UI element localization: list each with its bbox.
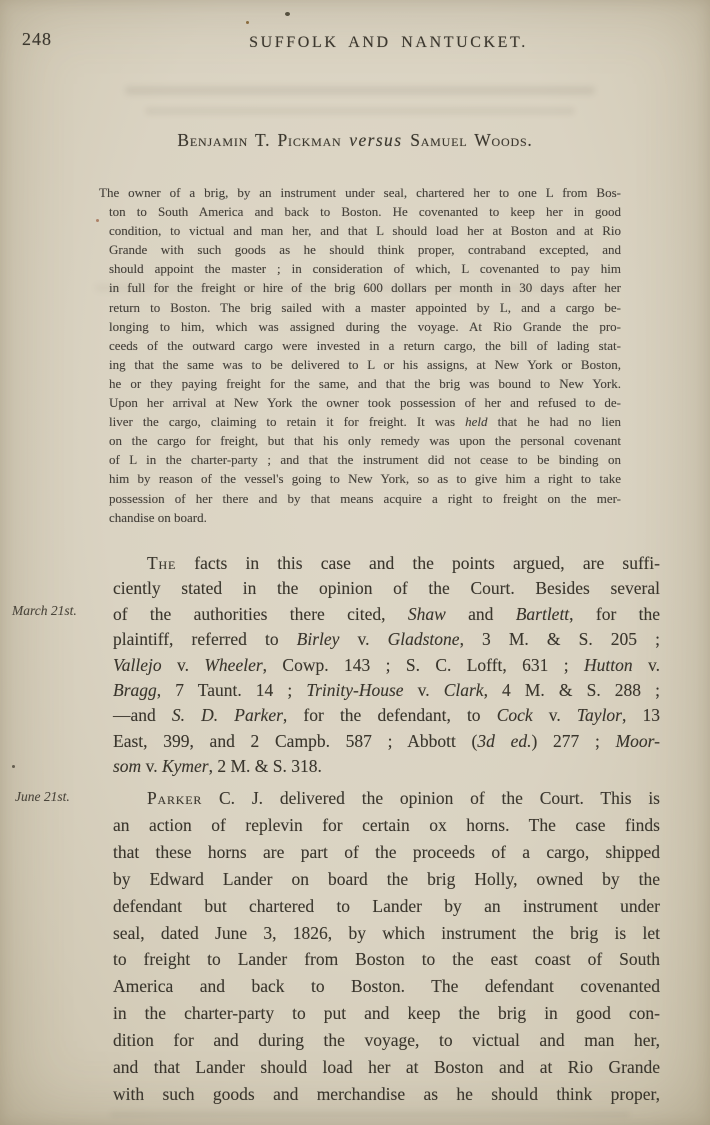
text-line: an action of replevin for certain ox hor… [113,812,660,839]
arguments-paragraph: The facts in this case and the points ar… [113,551,660,780]
text-run: by Edward Lander on board the brig Holly… [113,869,660,889]
margin-note-date: June 21st. [15,789,70,805]
text-run: , for the defendant, to [283,705,497,725]
text-run: Hutton [584,655,633,675]
text-run: in full for the freight or hire of the b… [109,280,621,295]
text-line: that these horns are part of the proceed… [113,839,660,866]
text-line: The owner of a brig, by an instrument un… [99,183,621,202]
text-run: —and [113,705,172,725]
text-line: ing that the same was to be delivered to… [109,355,621,374]
text-line: condition, to victual and man her, and t… [109,221,621,240]
text-run: v. [339,629,387,649]
text-run: Shaw [408,604,446,624]
text-line: ciently stated in the opinion of the Cou… [113,576,660,601]
text-line: he or they paying freight for the same, … [109,374,621,393]
ink-speck [246,21,249,24]
text-line: of L in the charter-party ; and that the… [109,450,621,469]
text-line: return to Boston. The brig sailed with a… [109,298,621,317]
text-run: to freight to Lander from Boston to the … [113,949,660,969]
text-run: , Cowp. 143 ; S. C. Lofft, 631 ; [263,655,584,675]
text-run: v. [533,705,577,725]
text-run: liver the cargo, claiming to retain it f… [109,414,465,429]
text-run: of the authorities there cited, [113,604,408,624]
page-show-through [125,86,595,95]
text-run: Clark [444,680,484,700]
text-run: , for the [569,604,660,624]
text-line: possession of her there and by that mean… [109,489,621,508]
text-line: The facts in this case and the points ar… [113,551,660,576]
text-run: , 2 M. & S. 318. [209,756,322,776]
text-line: plaintiff, referred to Birley v. Gladsto… [113,627,660,652]
text-run: longing to him, which was assigned durin… [109,319,621,334]
text-run: that these horns are part of the proceed… [113,842,660,862]
text-run: Vallejo [113,655,162,675]
text-line: liver the cargo, claiming to retain it f… [109,412,621,431]
text-run: plaintiff, referred to [113,629,297,649]
text-run: held [465,414,487,429]
text-line: ceeds of the outward cargo were invested… [109,336,621,355]
ink-speck [12,765,15,768]
text-line: Vallejo v. Wheeler, Cowp. 143 ; S. C. Lo… [113,653,660,678]
ink-speck [96,219,99,222]
text-run: Gladstone [388,629,460,649]
text-line: Upon her arrival at New York the owner t… [109,393,621,412]
text-line: seal, dated June 3, 1826, by which instr… [113,920,660,947]
text-run: facts in this case and the points argued… [176,553,660,573]
text-line: in the charter-party to put and keep the… [113,1000,660,1027]
opinion-paragraph: Parker C. J. delivered the opinion of th… [113,785,660,1108]
text-run: and that Lander should load her at Bosto… [113,1057,660,1077]
text-run: v. [141,756,162,776]
text-run: ceeds of the outward cargo were invested… [109,338,621,353]
text-run: C. J. delivered the opinion of the Court… [202,788,660,808]
text-run: with such goods and merchandise as he sh… [113,1084,660,1104]
page-number: 248 [22,29,52,50]
text-line: of the authorities there cited, Shaw and… [113,602,660,627]
text-run: versus [342,130,411,150]
text-line: som v. Kymer, 2 M. & S. 318. [113,754,660,779]
text-run: should appoint the master ; in considera… [109,261,621,276]
text-run: condition, to victual and man her, and t… [109,223,621,238]
text-run: East, 399, and 2 Campb. 587 ; Abbott ( [113,731,477,751]
text-run: an action of replevin for certain ox hor… [113,815,660,835]
text-run: S. D. Parker [172,705,283,725]
text-run: possession of her there and by that mean… [109,491,621,506]
headnote: The owner of a brig, by an instrument un… [109,183,621,527]
text-run: Bartlett [516,604,569,624]
text-run: 3d ed. [477,731,531,751]
text-line: Bragg, 7 Taunt. 14 ; Trinity-House v. Cl… [113,678,660,703]
text-run: ciently stated in the opinion of the Cou… [113,578,660,598]
text-run: him by reason of the vessel's going to N… [109,471,621,486]
text-line: dition for and during the voyage, to vic… [113,1027,660,1054]
text-run: Kymer [162,756,209,776]
text-line: —and S. D. Parker, for the defendant, to… [113,703,660,728]
text-run: and [446,604,516,624]
text-run: Upon her arrival at New York the owner t… [109,395,621,410]
text-run: Taylor [577,705,622,725]
page-show-through [110,1111,630,1118]
text-line: to freight to Lander from Boston to the … [113,946,660,973]
text-run: Benjamin T. Pickman [177,130,341,150]
text-line: East, 399, and 2 Campb. 587 ; Abbott (3d… [113,729,660,754]
text-run: ) 277 ; [532,731,616,751]
text-run: ing that the same was to be delivered to… [109,357,621,372]
text-run: America and back to Boston. The defendan… [113,976,660,996]
text-run: , 3 M. & S. 205 ; [460,629,660,649]
text-run: , 13 [622,705,660,725]
text-line: America and back to Boston. The defendan… [113,973,660,1000]
text-run: v. [633,655,660,675]
book-page: 248 SUFFOLK AND NANTUCKET. Benjamin T. P… [0,0,710,1125]
text-run: , 7 Taunt. 14 ; [157,680,307,700]
text-run: he or they paying freight for the same, … [109,376,621,391]
text-line: and that Lander should load her at Bosto… [113,1054,660,1081]
case-title: Benjamin T. Pickman versus Samuel Woods. [0,130,710,151]
running-head: SUFFOLK AND NANTUCKET. [113,34,664,52]
text-run: v. [404,680,444,700]
text-run: of L in the charter-party ; and that the… [109,452,621,467]
text-run: Trinity-House [306,680,403,700]
text-run: Birley [297,629,340,649]
text-run: on the cargo for freight, but that his o… [109,433,621,448]
text-run: return to Boston. The brig sailed with a… [109,300,621,315]
text-line: chandise on board. [109,508,621,527]
text-line: defendant but chartered to Lander by an … [113,893,660,920]
text-run: , 4 M. & S. 288 ; [484,680,660,700]
text-run: dition for and during the voyage, to vic… [113,1030,660,1050]
text-run: ton to South America and back to Boston.… [109,204,621,219]
text-run: Samuel Woods. [410,130,532,150]
text-line: Grande with such goods as he should thin… [109,240,621,259]
text-line: longing to him, which was assigned durin… [109,317,621,336]
text-run: Wheeler [204,655,262,675]
text-run: Cock [497,705,533,725]
text-run: som [113,756,141,776]
text-run: Bragg [113,680,157,700]
text-run: chandise on board. [109,510,207,525]
text-run: v. [162,655,205,675]
text-run: Parker [147,788,202,808]
text-run: that he had no lien [488,414,621,429]
text-run: The owner of a brig, by an instrument un… [99,185,621,200]
text-line: should appoint the master ; in considera… [109,259,621,278]
text-line: by Edward Lander on board the brig Holly… [113,866,660,893]
page-show-through [145,107,575,115]
ink-speck [285,12,290,16]
text-run: Moor- [616,731,660,751]
text-line: with such goods and merchandise as he sh… [113,1081,660,1108]
text-line: Parker C. J. delivered the opinion of th… [113,785,660,812]
text-line: on the cargo for freight, but that his o… [109,431,621,450]
text-line: in full for the freight or hire of the b… [109,278,621,297]
text-run: The [147,553,176,573]
text-line: him by reason of the vessel's going to N… [109,469,621,488]
margin-note-date: March 21st. [12,603,77,619]
text-line: ton to South America and back to Boston.… [109,202,621,221]
text-run: seal, dated June 3, 1826, by which instr… [113,923,660,943]
text-run: in the charter-party to put and keep the… [113,1003,660,1023]
text-run: Grande with such goods as he should thin… [109,242,621,257]
text-run: defendant but chartered to Lander by an … [113,896,660,916]
